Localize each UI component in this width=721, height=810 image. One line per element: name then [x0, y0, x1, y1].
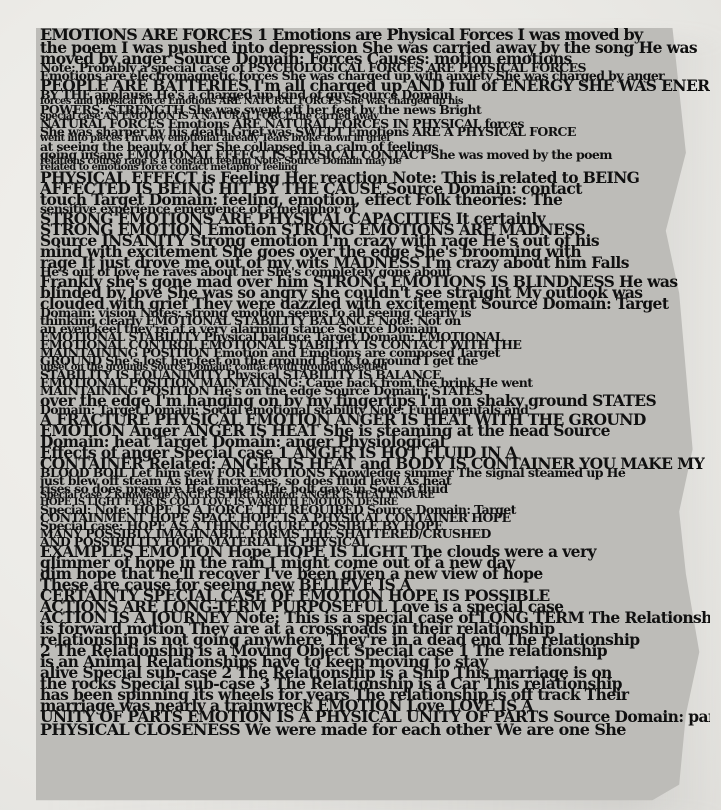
artwork-last-line: PHYSICAL CLOSENESS We were made for each… — [40, 722, 710, 738]
laser-cut-text-artwork: EMOTIONS ARE FORCES 1 Emotions are Physi… — [40, 28, 710, 808]
